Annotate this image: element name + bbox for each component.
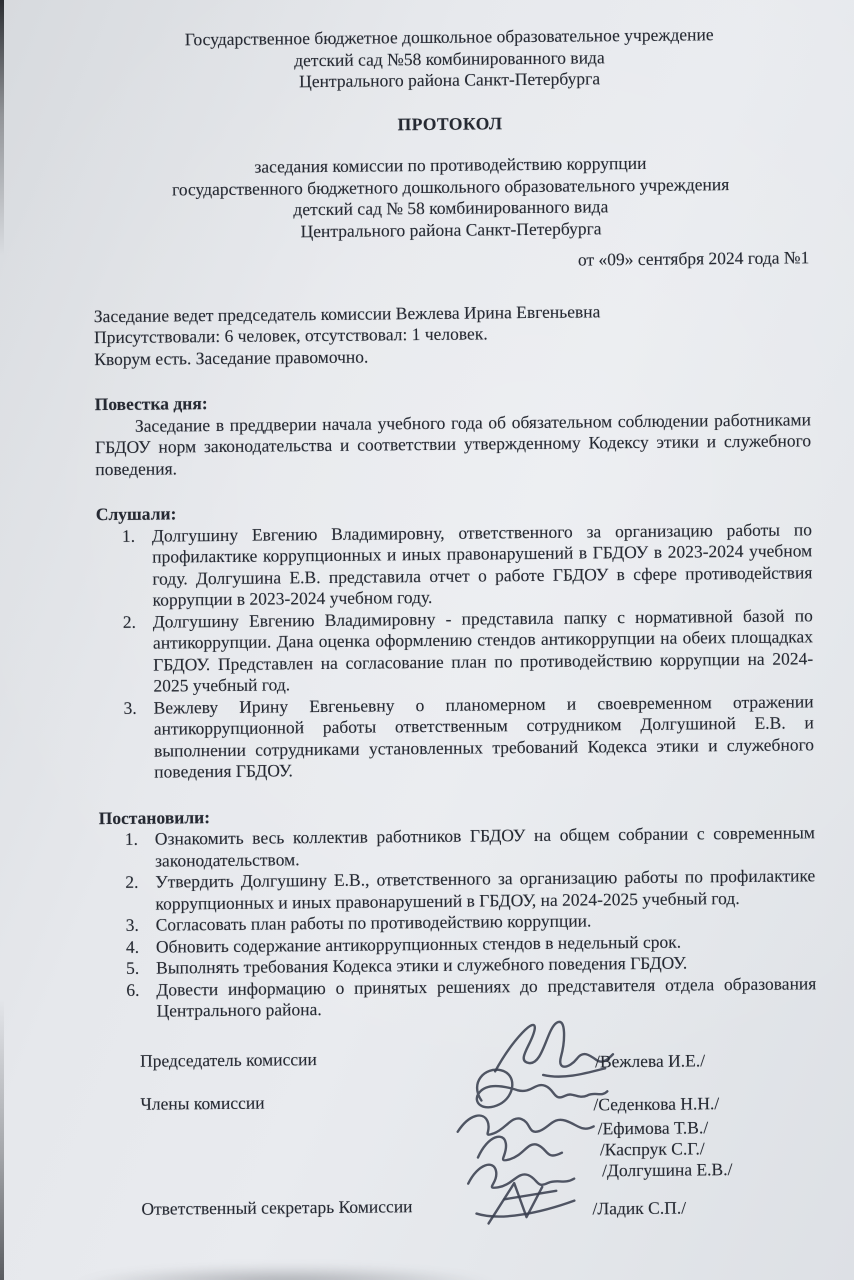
signature-block: Председатель комиссии /Вежлева И.Е./ Чле… bbox=[101, 1040, 819, 1261]
member-name: /Ефимова Т.В./ bbox=[598, 1117, 709, 1140]
list-item-number: 2. bbox=[123, 611, 154, 697]
member-name: /Седенкова Н.Н./ bbox=[593, 1093, 719, 1116]
photo-edge-shadow bbox=[0, 0, 4, 1280]
chairman-name: /Вежлева И.Е./ bbox=[595, 1050, 705, 1073]
document-subtitle: заседания комиссии по противодействию ко… bbox=[92, 151, 809, 244]
list-item-number: 2. bbox=[125, 872, 155, 915]
list-item: 1. Ознакомить весь коллектив работников … bbox=[99, 822, 815, 872]
signature-ladik bbox=[470, 1172, 583, 1231]
member-name: /Долгушина Е.В./ bbox=[602, 1159, 733, 1182]
resolved-list: 1. Ознакомить весь коллектив работников … bbox=[99, 822, 817, 1022]
list-item-text: Долгушину Евгению Владимировну, ответств… bbox=[152, 519, 813, 611]
heard-list: 1. Долгушину Евгению Владимировну, ответ… bbox=[96, 519, 814, 784]
list-item: 2. Долгушину Евгению Владимировну - пред… bbox=[97, 605, 814, 698]
list-item: 6. Довести информацию о принятых решения… bbox=[100, 973, 816, 1023]
intro-block: Заседание ведет председатель комиссии Ве… bbox=[94, 299, 811, 370]
chairman-label: Председатель комиссии bbox=[140, 1049, 317, 1072]
list-item-number: 4. bbox=[126, 936, 156, 958]
secretary-label: Ответственный секретарь Комиссии bbox=[141, 1196, 412, 1220]
list-item-text: Утвердить Долгушину Е.В., ответственного… bbox=[155, 865, 815, 914]
member-name: /Каспрук С.Г./ bbox=[600, 1138, 705, 1161]
list-item-number: 5. bbox=[126, 958, 156, 980]
list-item: 3. Вежлеву Ирину Евгеньевну о планомерно… bbox=[98, 691, 815, 784]
list-item: 2. Утвердить Долгушину Е.В., ответственн… bbox=[99, 865, 815, 915]
list-item: 1. Долгушину Евгению Владимировну, ответ… bbox=[96, 519, 813, 612]
agenda-paragraph: Заседание в преддверии начала учебного г… bbox=[95, 409, 812, 480]
list-item-number: 1. bbox=[125, 829, 155, 872]
list-item-number: 6. bbox=[126, 979, 156, 1022]
members-label: Члены комиссии bbox=[140, 1092, 264, 1115]
list-item-number: 3. bbox=[124, 697, 155, 783]
photographed-document: Государственное бюджетное дошкольное обр… bbox=[0, 0, 854, 1280]
document-title: ПРОТОКОЛ bbox=[92, 110, 808, 138]
list-item-text: Вежлеву Ирину Евгеньевну о планомерном и… bbox=[154, 691, 815, 783]
secretary-name: /Ладик С.П./ bbox=[592, 1197, 686, 1219]
list-item-text: Долгушину Евгению Владимировну - предста… bbox=[153, 605, 814, 697]
org-header: Государственное бюджетное дошкольное обр… bbox=[91, 23, 808, 94]
document-page: Государственное бюджетное дошкольное обр… bbox=[0, 0, 854, 1280]
photo-bottom-shadow bbox=[70, 1264, 500, 1280]
list-item-number: 3. bbox=[126, 915, 156, 937]
list-item-text: Ознакомить весь коллектив работников ГБД… bbox=[155, 822, 815, 871]
list-item-number: 1. bbox=[122, 525, 153, 611]
date-line: от «09» сентября 2024 года №1 bbox=[93, 247, 809, 275]
